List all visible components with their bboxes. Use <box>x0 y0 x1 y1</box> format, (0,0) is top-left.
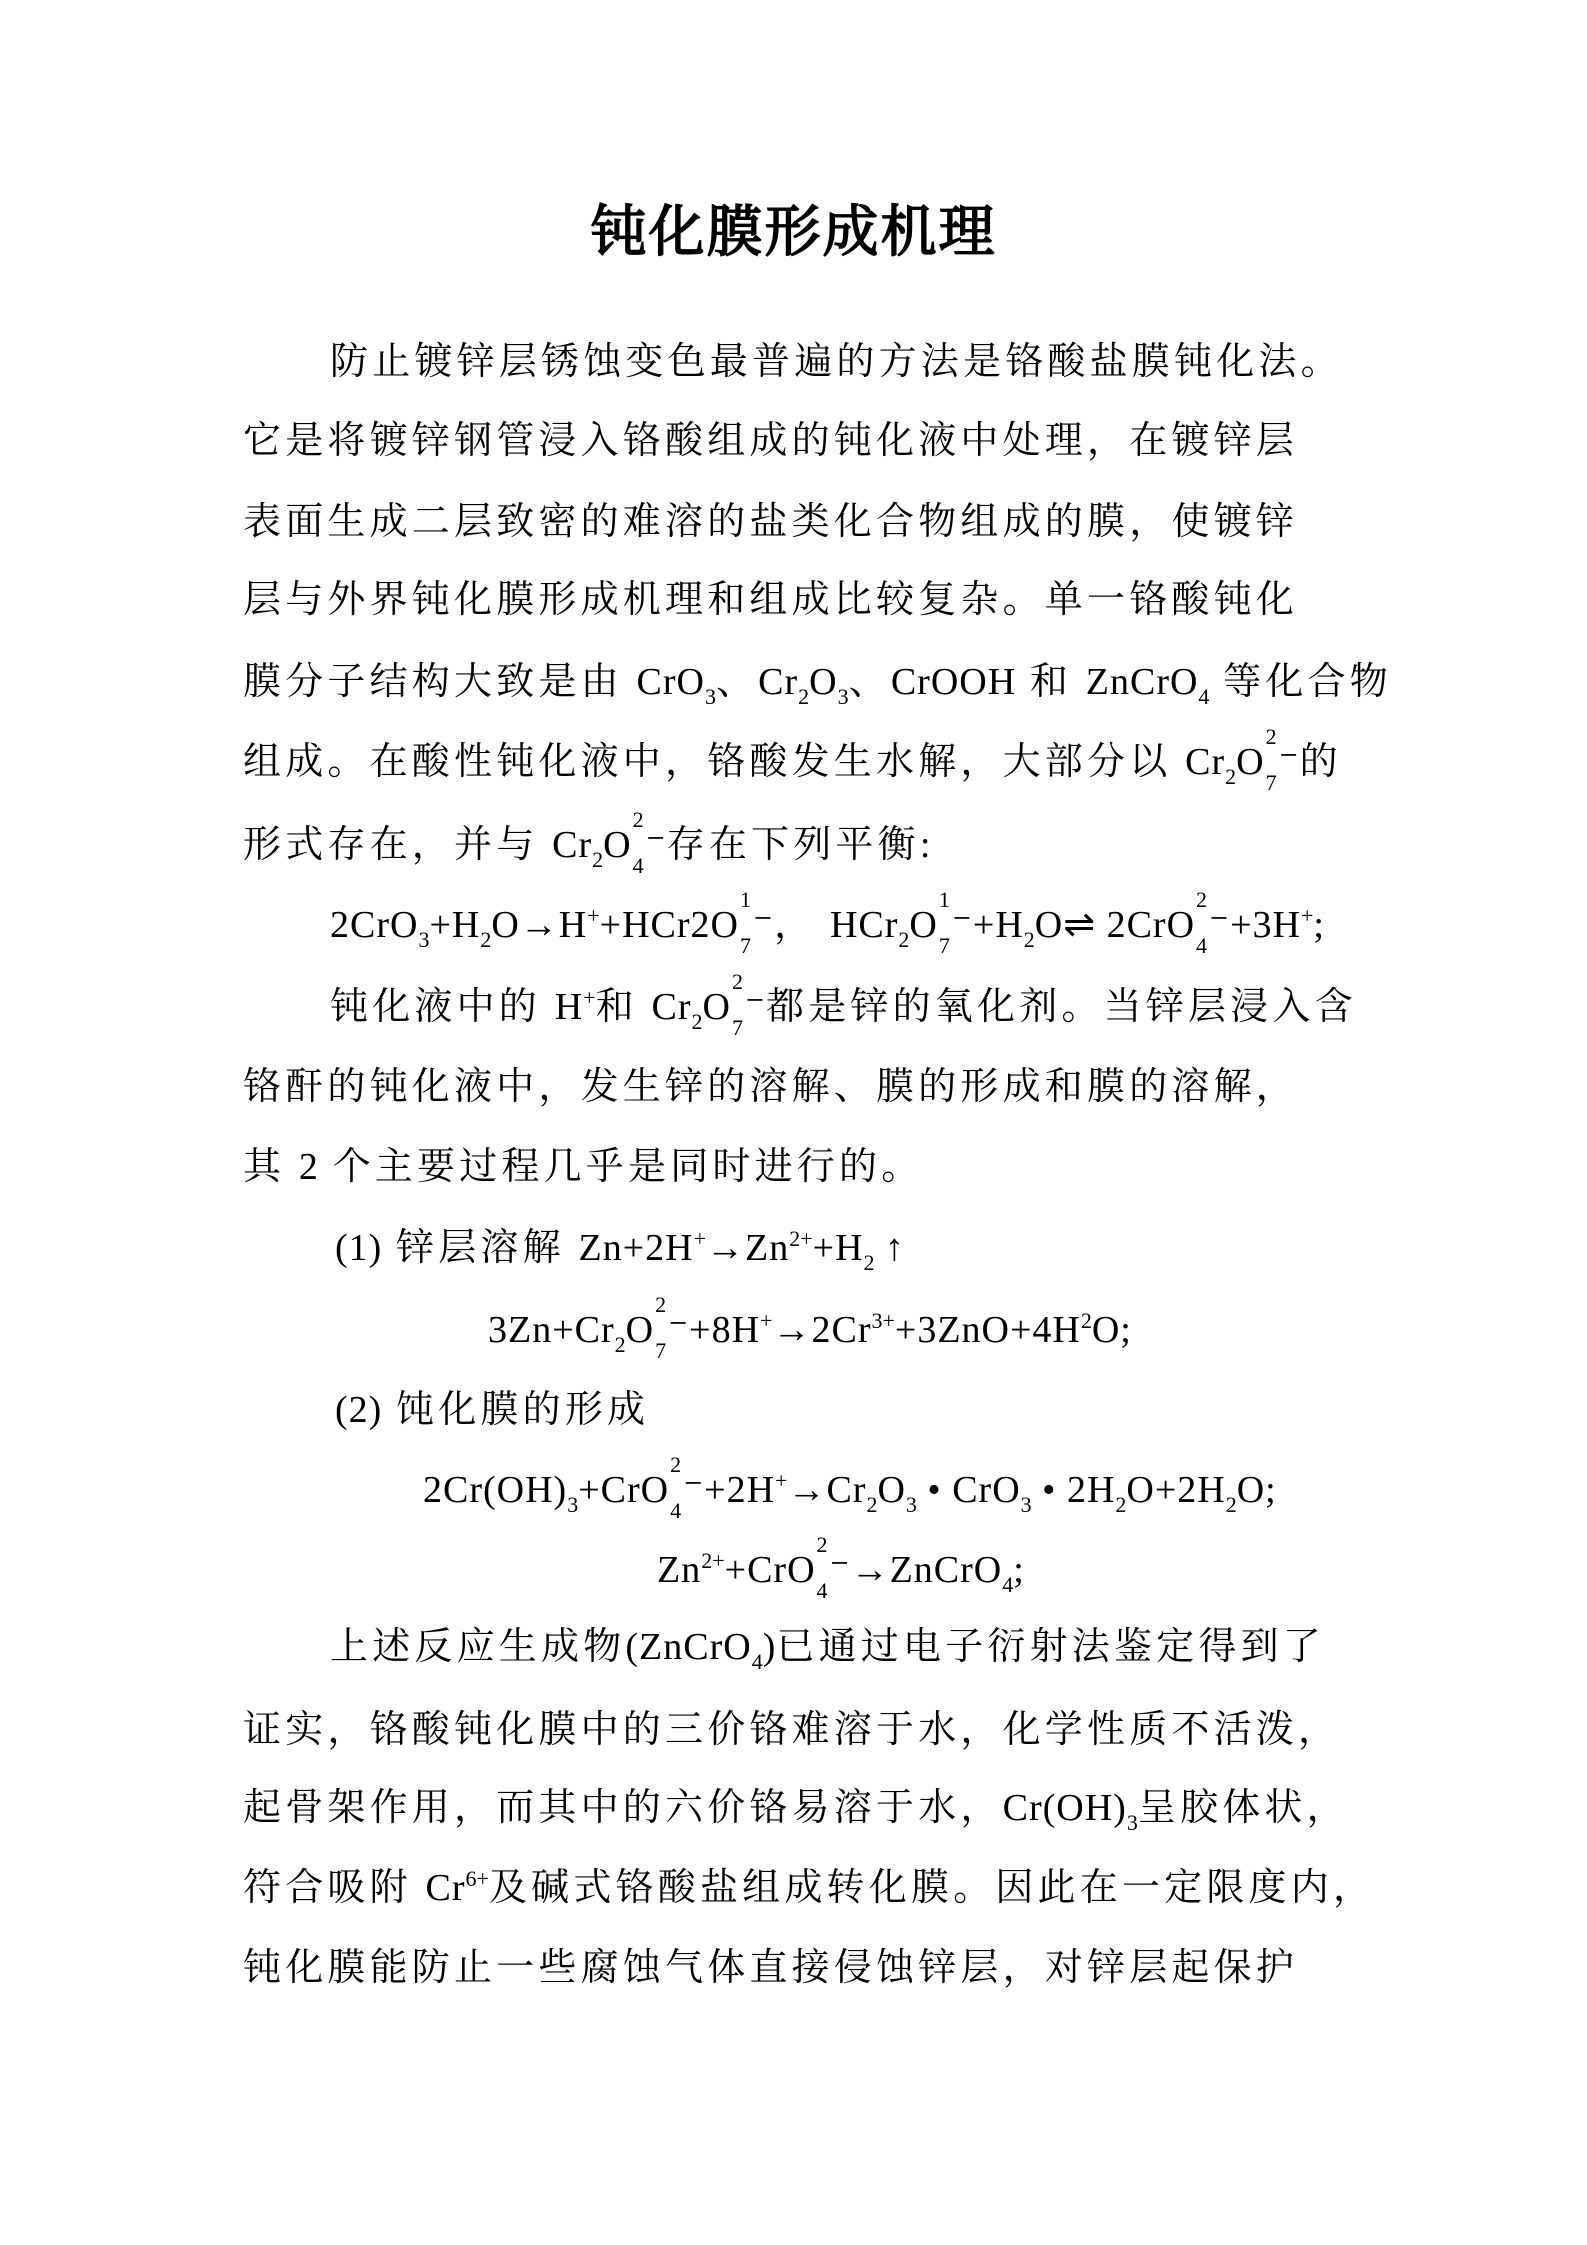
sub-superscript: 27 <box>731 1018 745 1019</box>
text-run: 等化合物 <box>1209 661 1392 703</box>
formula-run: 2Cr(OH) <box>423 1469 567 1511</box>
text-line: 铬酐的钝化液中，发生锌的溶解、膜的形成和膜的溶解， <box>243 1047 1298 1127</box>
formula-run: Cr <box>426 1867 466 1909</box>
text-run: 它是将镀锌钢管浸入铬酸组成的钝化液中处理，在镀锌层 <box>243 420 1298 462</box>
text-run: 锌层溶解 <box>382 1227 578 1269</box>
formula-run: Cr <box>758 661 798 703</box>
document-title: 钝化膜形成机理 <box>0 196 1587 268</box>
formula-run: (2) <box>335 1389 382 1431</box>
text-line: (1) 锌层溶解 Zn+2H+→Zn2++H2 ↑ <box>335 1208 905 1288</box>
formula-run: +3ZnO+4H <box>895 1309 1081 1351</box>
text-run: 、 <box>849 661 891 703</box>
text-run: 及碱式铬酸盐组成转化膜。因此在一定限度内， <box>489 1867 1375 1909</box>
formula-run: HCr <box>830 904 898 946</box>
formula-run: ⁻ <box>1279 741 1300 783</box>
formula-run: ⁻ <box>646 824 667 866</box>
formula-run: O; <box>1092 1309 1132 1351</box>
sub-superscript: 24 <box>1195 936 1209 937</box>
document-page: 钝化膜形成机理 防止镀锌层锈蚀变色最普遍的方法是铬酸盐膜钝化法。它是将镀锌钢管浸… <box>0 0 1587 2245</box>
subscript: 2 <box>1225 764 1236 789</box>
sub-superscript: 24 <box>816 1581 830 1582</box>
text-run: 膜分子结构大致是由 <box>243 661 637 703</box>
formula-run: O⇌ 2CrO <box>1035 904 1195 946</box>
formula-run: O <box>702 986 730 1028</box>
formula-run: ; <box>1013 1549 1025 1591</box>
subscript: 2 <box>1115 1492 1126 1517</box>
formula-run: ⁻+8H <box>668 1309 760 1351</box>
formula-run: 2 <box>299 1146 319 1188</box>
text-line: 证实，铬酸钝化膜中的三价铬难溶于水，化学性质不活泼， <box>243 1690 1340 1770</box>
formula-run: Cr <box>552 824 592 866</box>
text-line: 它是将镀锌钢管浸入铬酸组成的钝化液中处理，在镀锌层 <box>243 401 1298 481</box>
text-run: 存在下列平衡: <box>667 824 935 866</box>
formula-run: O→H <box>491 904 587 946</box>
formula-run: O; <box>1237 1469 1277 1511</box>
text-run: 个主要过程几乎是同时进行的。 <box>319 1146 924 1188</box>
sub-superscript: 27 <box>1265 773 1279 774</box>
superscript: + <box>1301 903 1313 928</box>
subscript: 2 <box>864 1250 875 1275</box>
formula-run: ) <box>763 1626 777 1668</box>
subscript: 2 <box>691 1009 702 1034</box>
formula-run: +CrO <box>578 1469 669 1511</box>
text-line: 层与外界钝化膜形成机理和组成比较复杂。单一铬酸钝化 <box>243 560 1298 640</box>
formula-run: O <box>1236 741 1264 783</box>
subscript: 3 <box>418 927 429 952</box>
formula-run: Cr(OH) <box>1003 1787 1127 1829</box>
subscript: 2 <box>615 1332 626 1357</box>
formula-run: ⁻+H <box>952 904 1024 946</box>
formula-run: →Zn <box>706 1227 789 1269</box>
formula-run: O <box>603 824 631 866</box>
formula-run: ⁻→ZnCrO <box>830 1549 1003 1591</box>
formula-run: • CrO <box>917 1469 1021 1511</box>
subscript: 3 <box>567 1492 578 1517</box>
subscript: 2 <box>1226 1492 1237 1517</box>
formula-run: ZnCrO <box>1086 661 1199 703</box>
formula-run: O <box>626 1309 654 1351</box>
formula-run: +H <box>429 904 480 946</box>
formula-run: 3Zn+Cr <box>488 1309 615 1351</box>
subscript: 4 <box>752 1649 763 1674</box>
text-line: Zn2++CrO24⁻→ZnCrO4; <box>657 1530 1025 1610</box>
formula-run: ↑ <box>875 1227 906 1269</box>
subscript: 3 <box>1127 1810 1138 1835</box>
text-run: 形式存在，并与 <box>243 824 552 866</box>
formula-run: Zn <box>657 1549 701 1591</box>
formula-run: →2Cr <box>772 1309 871 1351</box>
text-run: 、 <box>716 661 758 703</box>
subscript: 2 <box>898 927 909 952</box>
text-run: 呈胶体状， <box>1138 1787 1349 1829</box>
text-run: 起骨架作用，而其中的六价铬易溶于水， <box>243 1787 1003 1829</box>
text-run: 符合吸附 <box>243 1867 426 1909</box>
text-line: 上述反应生成物(ZnCrO4)已通过电子衍射法鉴定得到了 <box>330 1607 1325 1687</box>
subscript: 4 <box>1002 1572 1013 1597</box>
text-line: 2CrO3+H2O→H++HCr2O17⁻， HCr2O17⁻+H2O⇌ 2Cr… <box>330 885 1325 965</box>
subscript: 2 <box>1024 927 1035 952</box>
text-run: 钝化液中的 <box>330 986 555 1028</box>
superscript: 2 <box>1081 1308 1092 1333</box>
formula-run: Zn+2H <box>579 1227 694 1269</box>
formula-run: ; <box>1313 904 1325 946</box>
text-run: 层与外界钝化膜形成机理和组成比较复杂。单一铬酸钝化 <box>243 579 1298 621</box>
text-line: 起骨架作用，而其中的六价铬易溶于水，Cr(OH)3呈胶体状， <box>243 1768 1349 1848</box>
formula-run: O <box>909 904 937 946</box>
superscript: 3+ <box>871 1308 894 1333</box>
formula-run: (ZnCrO <box>625 1626 751 1668</box>
subscript: 2 <box>798 684 809 709</box>
sub-superscript: 17 <box>739 936 753 937</box>
formula-run: O <box>809 661 837 703</box>
text-run: 都是锌的氧化剂。当锌层浸入含 <box>766 986 1357 1028</box>
subscript: 2 <box>480 927 491 952</box>
formula-run: Cr <box>1185 741 1225 783</box>
formula-run: ⁻+2H <box>683 1469 775 1511</box>
text-run: 证实，铬酸钝化膜中的三价铬难溶于水，化学性质不活泼， <box>243 1709 1340 1751</box>
text-line: 2Cr(OH)3+CrO24⁻+2H+→Cr2O3 • CrO3 • 2H2O+… <box>423 1450 1277 1530</box>
subscript: 3 <box>906 1492 917 1517</box>
text-run: 和 <box>596 986 652 1028</box>
superscript: 2+ <box>701 1548 724 1573</box>
text-line: 符合吸附 Cr6+及碱式铬酸盐组成转化膜。因此在一定限度内， <box>243 1848 1375 1928</box>
subscript: 3 <box>705 684 716 709</box>
formula-run: +HCr2O <box>600 904 739 946</box>
formula-run: +H <box>813 1227 864 1269</box>
subscript: 4 <box>1198 684 1209 709</box>
formula-run: • 2H <box>1032 1469 1116 1511</box>
subscript: 3 <box>838 684 849 709</box>
text-line: 形式存在，并与 Cr2O24⁻存在下列平衡: <box>243 805 935 885</box>
sub-superscript: 24 <box>632 856 646 857</box>
superscript: + <box>760 1308 772 1333</box>
text-run: 组成。在酸性钝化液中，铬酸发生水解，大部分以 <box>243 741 1185 783</box>
text-run: 防止镀锌层锈蚀变色最普遍的方法是铬酸盐膜钝化法。 <box>330 341 1343 383</box>
formula-run: H <box>555 986 583 1028</box>
superscript: + <box>694 1226 706 1251</box>
text-line: 钝化液中的 H+和 Cr2O27⁻都是锌的氧化剂。当锌层浸入含 <box>330 967 1357 1047</box>
formula-run: O <box>877 1469 905 1511</box>
formula-run: ⁻ <box>745 986 766 1028</box>
superscript: + <box>775 1468 787 1493</box>
superscript: + <box>587 903 599 928</box>
text-run: 的 <box>1300 741 1342 783</box>
subscript: 2 <box>866 1492 877 1517</box>
text-run: 和 <box>1016 661 1086 703</box>
text-run: 已通过电子衍射法鉴定得到了 <box>776 1626 1325 1668</box>
text-line: 组成。在酸性钝化液中，铬酸发生水解，大部分以 Cr2O27⁻的 <box>243 722 1342 802</box>
formula-run: Cr <box>651 986 691 1028</box>
formula-run: ⁻ <box>753 904 774 946</box>
superscript: 6+ <box>466 1866 489 1891</box>
text-line: 表面生成二层致密的难溶的盐类化合物组成的膜，使镀锌 <box>243 482 1298 562</box>
text-line: 钝化膜能防止一些腐蚀气体直接侵蚀锌层，对锌层起保护 <box>243 1928 1298 2008</box>
formula-run: CrO <box>637 661 705 703</box>
formula-run: CrOOH <box>891 661 1016 703</box>
text-run: 钝化膜能防止一些腐蚀气体直接侵蚀锌层，对锌层起保护 <box>243 1947 1298 1989</box>
superscript: 2+ <box>789 1226 812 1251</box>
sub-superscript: 17 <box>938 936 952 937</box>
text-line: 防止镀锌层锈蚀变色最普遍的方法是铬酸盐膜钝化法。 <box>330 322 1343 402</box>
sub-superscript: 27 <box>654 1341 668 1342</box>
text-run: 铬酐的钝化液中，发生锌的溶解、膜的形成和膜的溶解， <box>243 1066 1298 1108</box>
text-run: ， <box>774 904 830 946</box>
text-line: 膜分子结构大致是由 CrO3、Cr2O3、CrOOH 和 ZnCrO4 等化合物 <box>243 642 1392 722</box>
text-run: 上述反应生成物 <box>330 1626 625 1668</box>
subscript: 3 <box>1021 1492 1032 1517</box>
text-run: 饨化膜的形成 <box>382 1389 649 1431</box>
formula-run: ⁻+3H <box>1209 904 1301 946</box>
text-run: 表面生成二层致密的难溶的盐类化合物组成的膜，使镀锌 <box>243 501 1298 543</box>
formula-run: +CrO <box>725 1549 816 1591</box>
formula-run: O+2H <box>1126 1469 1225 1511</box>
formula-run: (1) <box>335 1227 382 1269</box>
text-line: (2) 饨化膜的形成 <box>335 1370 649 1450</box>
text-run: 其 <box>243 1146 299 1188</box>
formula-run: →Cr <box>787 1469 866 1511</box>
superscript: + <box>583 985 595 1010</box>
text-line: 其 2 个主要过程几乎是同时进行的。 <box>243 1127 923 1207</box>
subscript: 2 <box>592 847 603 872</box>
formula-run: 2CrO <box>330 904 418 946</box>
sub-superscript: 24 <box>669 1501 683 1502</box>
text-line: 3Zn+Cr2O27⁻+8H+→2Cr3++3ZnO+4H2O; <box>488 1290 1132 1370</box>
